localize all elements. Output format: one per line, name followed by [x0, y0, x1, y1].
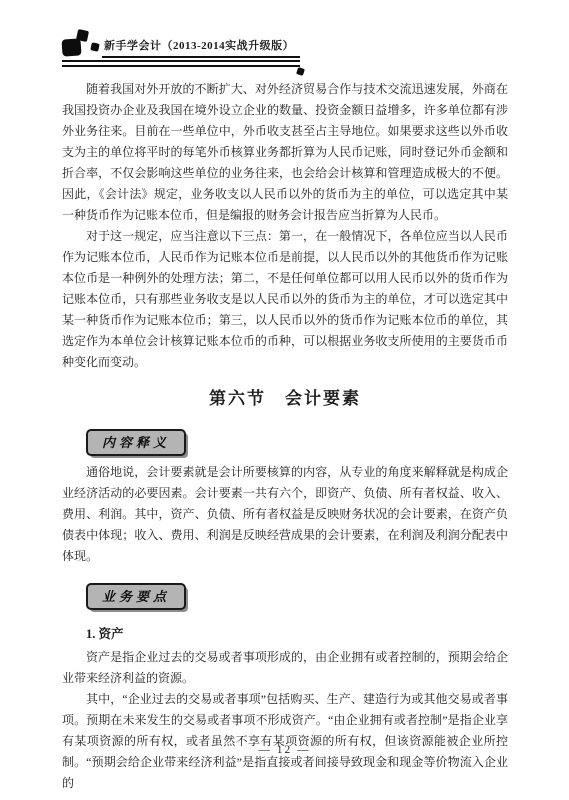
book-title: 新手学会计（2013-2014实战升级版） — [102, 37, 300, 58]
page-number: — 12 — — [0, 744, 569, 756]
business-points-badge: 业务要点 — [86, 583, 186, 610]
logo-square-large — [61, 38, 81, 56]
logo-square-small — [90, 42, 99, 51]
page-body: 随着我国对外开放的不断扩大、对外经济贸易合作与技术交流迅速发展，外商在我国投资办… — [62, 79, 508, 794]
subsection-heading-assets: 1. 资产 — [86, 624, 508, 645]
section-heading: 第六节 会计要素 — [62, 388, 508, 409]
paragraph-accounting-elements: 通俗地说，会计要素就是会计所要核算的内容，从专业的角度来解释就是构成企业经济活动… — [62, 462, 508, 567]
paragraph-three-points: 对于这一规定，应当注意以下三点：第一，在一般情况下，各单位应当以人民币作为记账本… — [62, 226, 508, 373]
paragraph-foreign-currency-intro: 随着我国对外开放的不断扩大、对外经济贸易合作与技术交流迅速发展，外商在我国投资办… — [62, 79, 508, 226]
header-double-rule — [62, 60, 300, 67]
book-page: 新手学会计（2013-2014实战升级版） 随着我国对外开放的不断扩大、对外经济… — [0, 0, 569, 800]
header-rule-end-marker — [296, 67, 305, 76]
paragraph-asset-explanation: 其中，“企业过去的交易或者事项”包括购买、生产、建造行为或其他交易或者事项。预期… — [62, 689, 508, 794]
logo-square-medium — [76, 29, 89, 42]
page-header: 新手学会计（2013-2014实战升级版） — [62, 30, 300, 67]
book-logo-icon — [62, 30, 102, 58]
paragraph-asset-definition: 资产是指企业过去的交易或者事项形成的，由企业拥有或者控制的，预期会给企业带来经济… — [62, 647, 508, 689]
content-interpretation-badge: 内容释义 — [86, 429, 186, 456]
